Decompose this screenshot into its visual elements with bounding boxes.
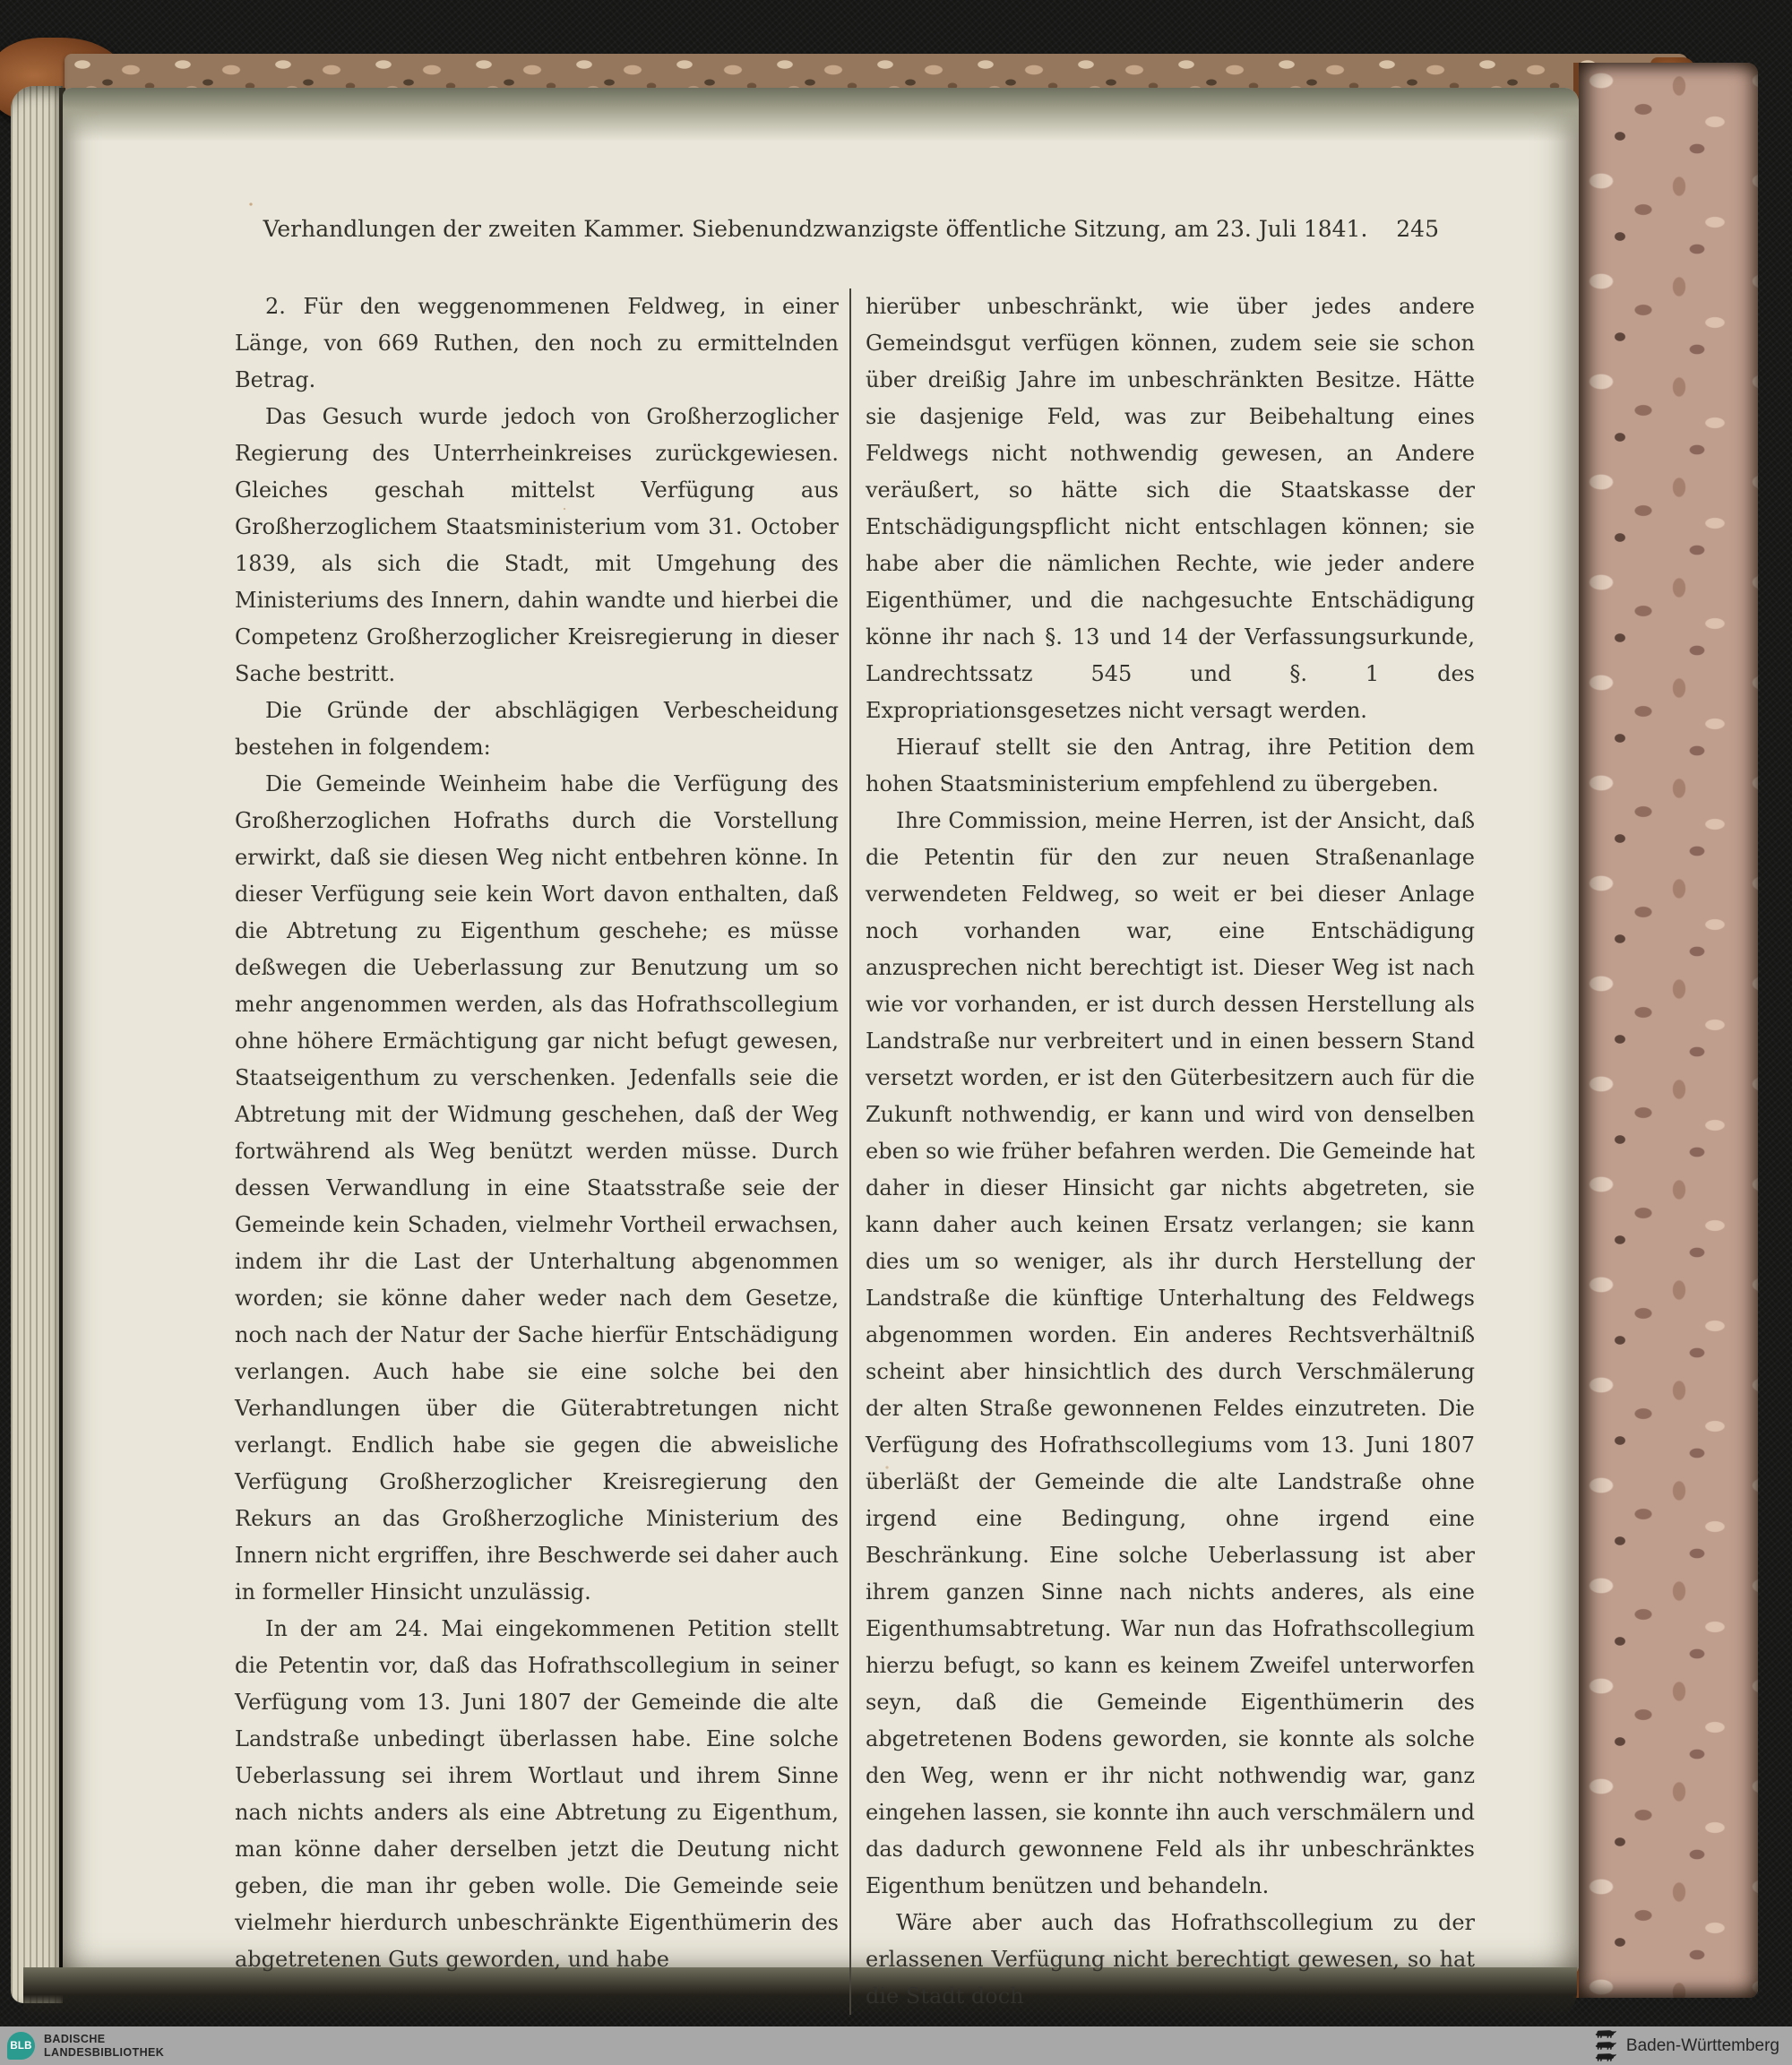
baden-wuerttemberg-coat-of-arms-icon <box>1595 2029 1617 2062</box>
page-number: 245 <box>1396 211 1439 247</box>
paragraph: 2. Für den weggenommenen Feldweg, in ein… <box>235 288 839 399</box>
text-column-right: hierüber unbeschränkt, wie über jedes an… <box>866 288 1475 2015</box>
blb-logo: BLB <box>7 2032 35 2060</box>
library-name-line1: BADISCHE <box>44 2033 164 2046</box>
paragraph: Das Gesuch wurde jedoch von Großherzogli… <box>235 399 839 693</box>
paragraph: Ihre Commission, meine Herren, ist der A… <box>866 803 1475 1905</box>
running-header: Verhandlungen der zweiten Kammer. Sieben… <box>235 211 1475 271</box>
page-header-title: Verhandlungen der zweiten Kammer. Sieben… <box>235 211 1396 247</box>
paragraph: Die Gemeinde Weinheim habe die Verfügung… <box>235 766 839 1611</box>
page-stack-fore-edge <box>11 86 63 2003</box>
state-name-label: Baden-Württemberg <box>1626 2036 1779 2056</box>
paragraph: Wäre aber auch das Hofrathscollegium zu … <box>866 1905 1475 2015</box>
library-name-line2: LANDESBIBLIOTHEK <box>44 2046 164 2060</box>
marbled-endpaper <box>1573 63 1758 1998</box>
library-name-label: BADISCHE LANDESBIBLIOTHEK <box>44 2033 164 2059</box>
paragraph: hierüber unbeschränkt, wie über jedes an… <box>866 288 1475 729</box>
paragraph: Die Gründe der abschlägigen Verbescheidu… <box>235 693 839 766</box>
two-column-text: 2. Für den weggenommenen Feldweg, in ein… <box>235 288 1475 2015</box>
viewer-footer-bar: BLB BADISCHE LANDESBIBLIOTHEK Baden-Würt… <box>0 2026 1792 2065</box>
paragraph: Hierauf stellt sie den Antrag, ihre Peti… <box>866 729 1475 803</box>
page-text-block: Verhandlungen der zweiten Kammer. Sieben… <box>235 211 1475 2015</box>
text-column-left: 2. Für den weggenommenen Feldweg, in ein… <box>235 288 839 2015</box>
column-divider-rule <box>849 288 851 2015</box>
paragraph: In der am 24. Mai eingekommenen Petition… <box>235 1611 839 1978</box>
scanned-book-viewer: Verhandlungen der zweiten Kammer. Sieben… <box>0 0 1792 2065</box>
